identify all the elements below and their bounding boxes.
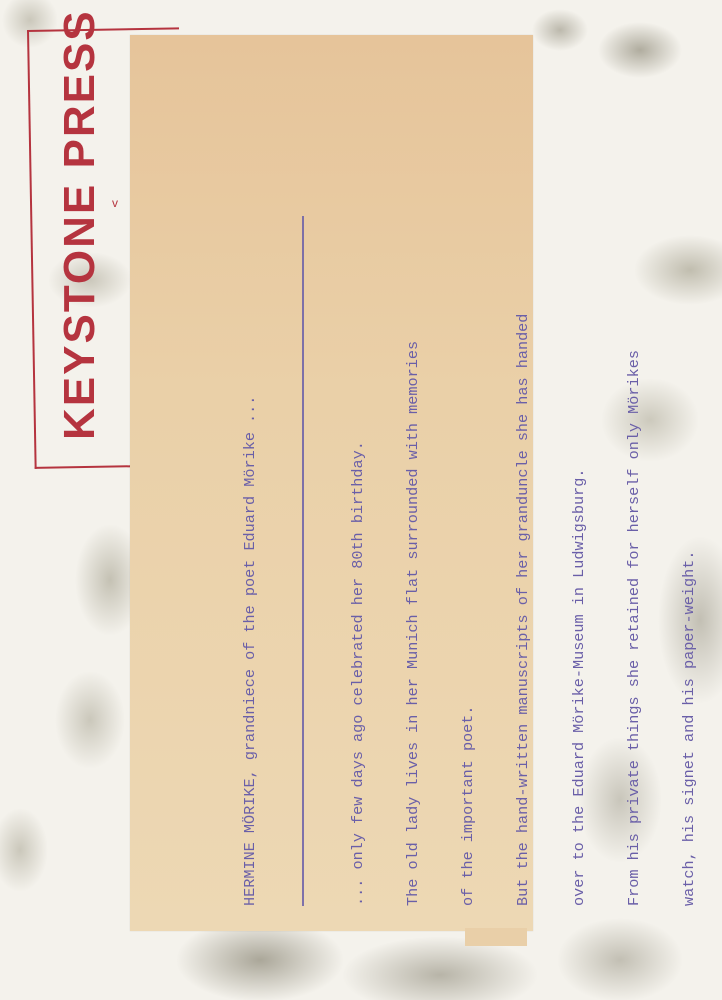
headline-underline bbox=[302, 216, 304, 906]
caption-text-block: HERMINE MÖRIKE, grandniece of the poet E… bbox=[204, 216, 722, 906]
caption-line: ... only few days ago celebrated her 80t… bbox=[349, 216, 367, 906]
keystone-press-stamp: KEYSTONE PRESS bbox=[55, 9, 105, 440]
caption-label-tab bbox=[465, 928, 527, 946]
caption-line: watch, his signet and his paper-weight. bbox=[680, 216, 698, 906]
caption-line: But the hand-written manuscripts of her … bbox=[514, 216, 532, 906]
caption-headline: HERMINE MÖRIKE, grandniece of the poet E… bbox=[241, 216, 259, 906]
caption-line: of the important poet. bbox=[459, 216, 477, 906]
caption-line: over to the Eduard Mörike-Museum in Ludw… bbox=[570, 216, 588, 906]
caption-line: From his private things she retained for… bbox=[625, 216, 643, 906]
stamp-mark: v bbox=[112, 196, 118, 210]
caption-line: The old lady lives in her Munich flat su… bbox=[404, 216, 422, 906]
